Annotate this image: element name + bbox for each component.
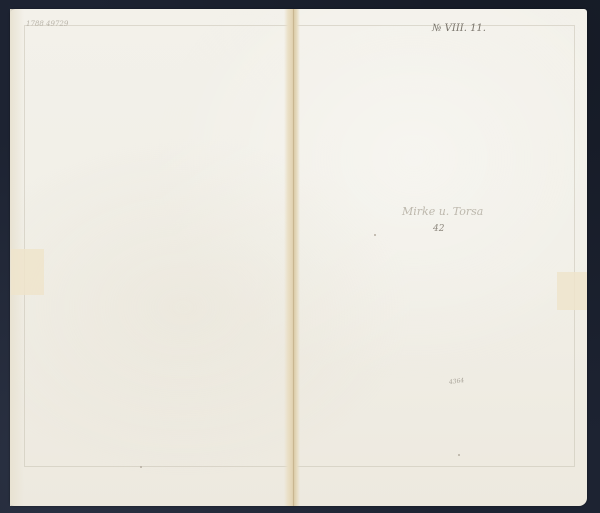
- paper-speck: [140, 466, 142, 468]
- paper-speck: [458, 454, 460, 456]
- hinge-tape-left: [11, 249, 44, 295]
- hinge-tape-right: [557, 272, 587, 310]
- annotation-center-title: Mirke u. Torsa: [402, 205, 483, 218]
- center-fold: [284, 9, 300, 506]
- paper-speck: [374, 234, 376, 236]
- annotation-center-number: 42: [433, 224, 444, 234]
- annotation-top-right: № VIII. 11.: [432, 23, 486, 34]
- annotation-top-left: 1788 49729: [26, 20, 68, 28]
- paper-sheet: 1788 49729 № VIII. 11. Mirke u. Torsa 42…: [10, 9, 587, 506]
